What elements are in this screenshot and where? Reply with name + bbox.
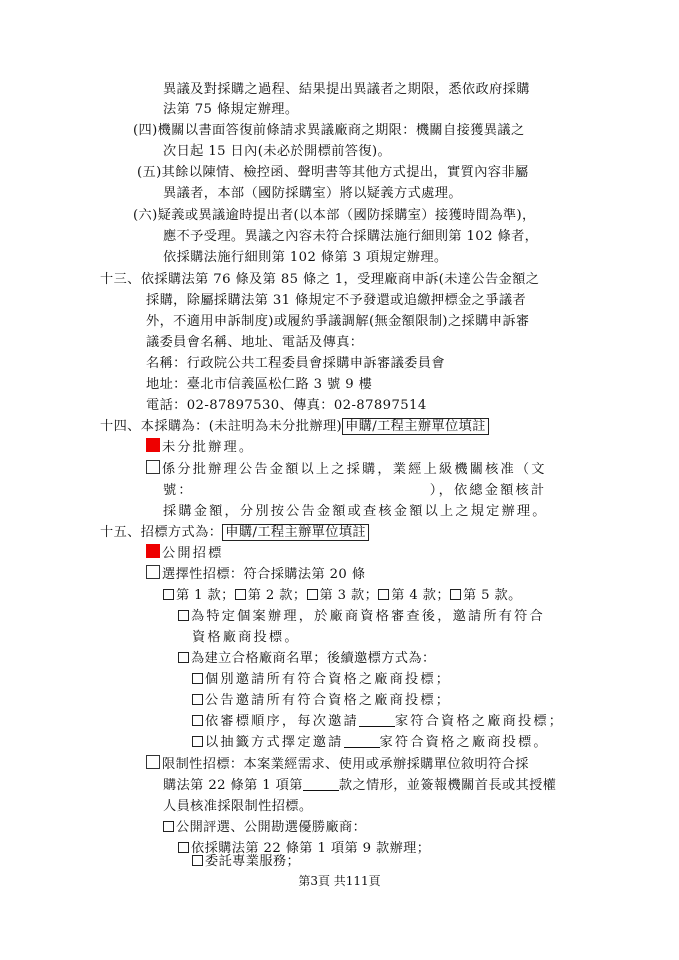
checkbox-icon[interactable] (146, 460, 160, 474)
option-unbatched[interactable]: 未分批辦理。 (146, 438, 254, 457)
section-13-heading: 十三、依採購法第 76 條及第 85 條之 1，受理廠商申訴(未達公告金額之 (100, 270, 539, 289)
fill-note-box: 申購/工程主辦單位填註 (222, 524, 369, 541)
checkbox-checked-icon[interactable] (146, 438, 160, 452)
option-qualified-list[interactable]: 為建立合格廠商名單；後續邀標方式為： (178, 649, 436, 668)
checkbox-icon[interactable] (146, 755, 160, 769)
fill-note-box: 申購/工程主辦單位填註 (342, 418, 489, 435)
checkbox-checked-icon[interactable] (146, 544, 160, 558)
text-line: 購法第 22 條第 1 項第款之情形，並簽報機關首長或其授權 (163, 776, 556, 795)
text-line: 資格廠商投標。 (192, 628, 300, 647)
blank-field[interactable] (344, 735, 380, 748)
committee-phone-fax: 電話：02-87897530、傳真：02-87897514 (146, 396, 427, 415)
committee-address: 地址：臺北市信義區松仁路 3 號 9 樓 (146, 375, 372, 394)
checkbox-icon[interactable] (163, 589, 174, 600)
option-professional-service[interactable]: 委託專業服務； (192, 852, 300, 871)
option-individual-invite[interactable]: 個別邀請所有符合資格之廠商投標； (192, 670, 451, 689)
checkbox-icon[interactable] (235, 589, 246, 600)
checkbox-icon[interactable] (192, 694, 203, 705)
committee-name: 名稱：行政院公共工程委員會採購申訴審議委員會 (146, 354, 445, 373)
text-line: 採購金額，分別按公告金額或查核金額以上之規定辦理。 (163, 502, 548, 521)
checkbox-icon[interactable] (178, 652, 189, 663)
blank-field[interactable] (303, 778, 339, 791)
page-number-footer: 第3頁 共111頁 (0, 872, 679, 889)
item-6: (六)疑義或異議逾時提出者(以本部（國防採購室）接獲時間為準)， (133, 206, 536, 225)
item-4: (四)機關以書面答復前條請求異議廠商之期限：機關自接獲異議之 (133, 121, 525, 140)
text-line: 號：），依總金額核計 (163, 481, 546, 500)
option-limited-tender[interactable]: 限制性招標：本案業經需求、使用或承辦採購單位敘明符合採 (146, 755, 529, 774)
text-line: 採購，除屬採購法第 31 條規定不予發還或追繳押標金之爭議者 (146, 291, 526, 310)
section-15-label: 十五、招標方式為： (100, 525, 222, 540)
option-review-order[interactable]: 依審標順序，每次邀請家符合資格之廠商投標； (192, 712, 564, 731)
checkbox-icon[interactable] (192, 855, 203, 866)
checkbox-icon[interactable] (146, 565, 160, 579)
option-batched[interactable]: 係分批辦理公告金額以上之採購，業經上級機關核准（文 (146, 460, 547, 479)
text-line: 異議者，本部（國防採購室）將以疑義方式處理。 (163, 184, 462, 203)
option-public-invite[interactable]: 公告邀請所有符合資格之廠商投標； (192, 691, 451, 710)
selective-clauses: 第 1 款；第 2 款；第 3 款；第 4 款；第 5 款。 (163, 586, 522, 605)
text-line: 法第 75 條規定辦理。 (163, 100, 298, 119)
checkbox-icon[interactable] (163, 821, 174, 832)
text-line: 議委員會名稱、地址、電話及傳真： (146, 333, 363, 352)
text-line: 應不予受理。異議之內容未符合採購法施行細則第 102 條者， (163, 227, 538, 246)
section-14-label: 十四、本採購為：(未註明為未分批辦理) (100, 419, 342, 434)
checkbox-icon[interactable] (450, 589, 461, 600)
item-5: (五)其餘以陳情、檢控函、聲明書等其他方式提出，實質內容非屬 (137, 163, 529, 182)
option-specific-case[interactable]: 為特定個案辦理，於廠商資格審查後，邀請所有符合 (178, 607, 545, 626)
text-line: 人員核准採限制性招標。 (163, 797, 312, 816)
checkbox-icon[interactable] (178, 842, 189, 853)
option-open-tender[interactable]: 公開招標 (146, 544, 224, 563)
option-selective-tender[interactable]: 選擇性招標：符合採購法第 20 條 (146, 565, 365, 584)
checkbox-icon[interactable] (192, 736, 203, 747)
checkbox-icon[interactable] (192, 715, 203, 726)
text-line: 依採購法施行細則第 102 條第 3 項規定辦理。 (163, 248, 448, 267)
checkbox-icon[interactable] (178, 610, 189, 621)
section-15-heading: 十五、招標方式為：申購/工程主辦單位填註 (100, 523, 369, 542)
checkbox-icon[interactable] (307, 589, 318, 600)
option-lottery[interactable]: 以抽籤方式擇定邀請家符合資格之廠商投標。 (192, 733, 549, 752)
checkbox-icon[interactable] (192, 673, 203, 684)
option-public-selection[interactable]: 公開評選、公開勘選優勝廠商： (163, 818, 366, 837)
checkbox-icon[interactable] (378, 589, 389, 600)
section-14-heading: 十四、本採購為：(未註明為未分批辦理)申購/工程主辦單位填註 (100, 417, 489, 436)
text-line: 異議及對採購之過程、結果提出異議者之期限，悉依政府採購 (163, 80, 530, 99)
text-line: 外，不適用申訴制度)或履約爭議調解(無金額限制)之採購申訴審 (146, 312, 530, 331)
blank-field[interactable] (359, 714, 395, 727)
text-line: 次日起 15 日內(未必於開標前答復)。 (163, 142, 391, 161)
